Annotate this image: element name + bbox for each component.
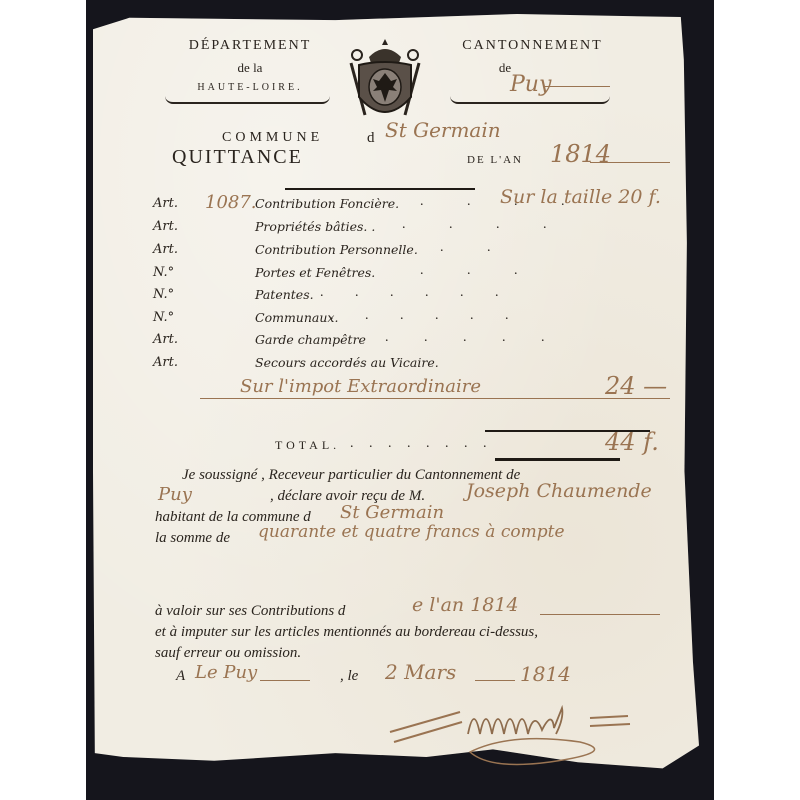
date-line [475, 680, 515, 681]
article-label: Propriétés bâties. . [255, 219, 375, 234]
declaration-line-5: à valoir sur ses Contributions d [155, 603, 345, 620]
article-prefix: Art. [153, 219, 193, 234]
coat-of-arms-emblem-icon [345, 35, 425, 125]
article-prefix: Art. [153, 332, 193, 347]
handwritten-receipt-place: Puy [158, 484, 192, 505]
place-underline [545, 86, 610, 87]
total-dots: . . . . . . . . [350, 436, 493, 452]
article-dots: . . [440, 240, 511, 256]
handwritten-payer-commune: St Germain [340, 502, 444, 523]
article-label: Contribution Personnelle. [255, 242, 418, 257]
commune-prefix: d [367, 130, 375, 147]
handwritten-amount-words: quarante et quatre francs à compte [258, 522, 565, 542]
header-left-brace [165, 96, 330, 104]
declaration-line-4: la somme de [155, 530, 230, 547]
title-rule [285, 188, 475, 190]
article-dots: . . . . . [385, 330, 561, 346]
header-cantonnement: CANTONNEMENT [445, 38, 620, 54]
handwritten-commune: St Germain [385, 118, 501, 142]
handwritten-year: 1814 [550, 140, 611, 168]
handwritten-signing-place: Le Puy [195, 662, 257, 683]
article-label: Portes et Fenêtres. [255, 265, 375, 280]
place-prefix: A [176, 668, 185, 685]
total-bottom-rule [495, 458, 620, 461]
article-dots: . . . . . . [320, 285, 513, 301]
handwritten-cantonnement-place: Puy [510, 72, 551, 97]
handwritten-payer-name: Joseph Chaumende [466, 480, 652, 502]
article-dots: . . . [420, 263, 538, 279]
article-prefix: Art. [153, 242, 193, 257]
year-underline [590, 162, 670, 163]
place-line [260, 680, 310, 681]
article-label: Communaux. [255, 310, 338, 325]
header-departement: DÉPARTEMENT [160, 38, 340, 54]
document-title: QUITTANCE [172, 146, 303, 169]
handwritten-article-number: 1087. [205, 192, 257, 213]
signature [380, 690, 680, 770]
declaration-line-7: sauf erreur ou omission. [155, 645, 301, 662]
handwritten-contribution-year: e l'an 1814 [412, 594, 519, 616]
total-label: TOTAL. [275, 438, 340, 453]
article-label: Secours accordés au Vicaire. [255, 355, 439, 370]
article-label: Contribution Foncière. [255, 196, 399, 211]
year-label: DE L'AN [467, 154, 523, 166]
handwritten-date: 2 Mars [385, 660, 456, 684]
contribution-underline [540, 614, 660, 615]
header-haute-loire: HAUTE-LOIRE. [160, 82, 340, 93]
commune-label: COMMUNE [222, 130, 323, 146]
article-label: Garde champêtre [255, 332, 366, 347]
handwritten-total-amount: 44 f. [605, 428, 659, 456]
article-prefix: N.° [153, 265, 193, 280]
article-prefix: Art. [153, 196, 193, 211]
handwritten-extra-amount: 24 — [605, 372, 667, 400]
handwritten-extra-label: Sur l'impot Extraordinaire [240, 376, 481, 397]
article-dots: . . . . [402, 217, 567, 233]
header-right-brace [450, 96, 610, 104]
header-de-la: de la [160, 60, 340, 76]
article-label: Patentes. [255, 287, 314, 302]
declaration-line-6: et à imputer sur les articles mentionnés… [155, 624, 538, 641]
handwritten-article-amount: Sur la taille 20 f. [500, 186, 661, 208]
handwritten-date-year: 1814 [520, 662, 571, 686]
article-prefix: Art. [153, 355, 193, 370]
article-prefix: N.° [153, 287, 193, 302]
article-dots: . . . . . . [330, 308, 523, 324]
article-prefix: N.° [153, 310, 193, 325]
date-prefix: , le [340, 668, 358, 685]
extra-underline [200, 398, 670, 399]
